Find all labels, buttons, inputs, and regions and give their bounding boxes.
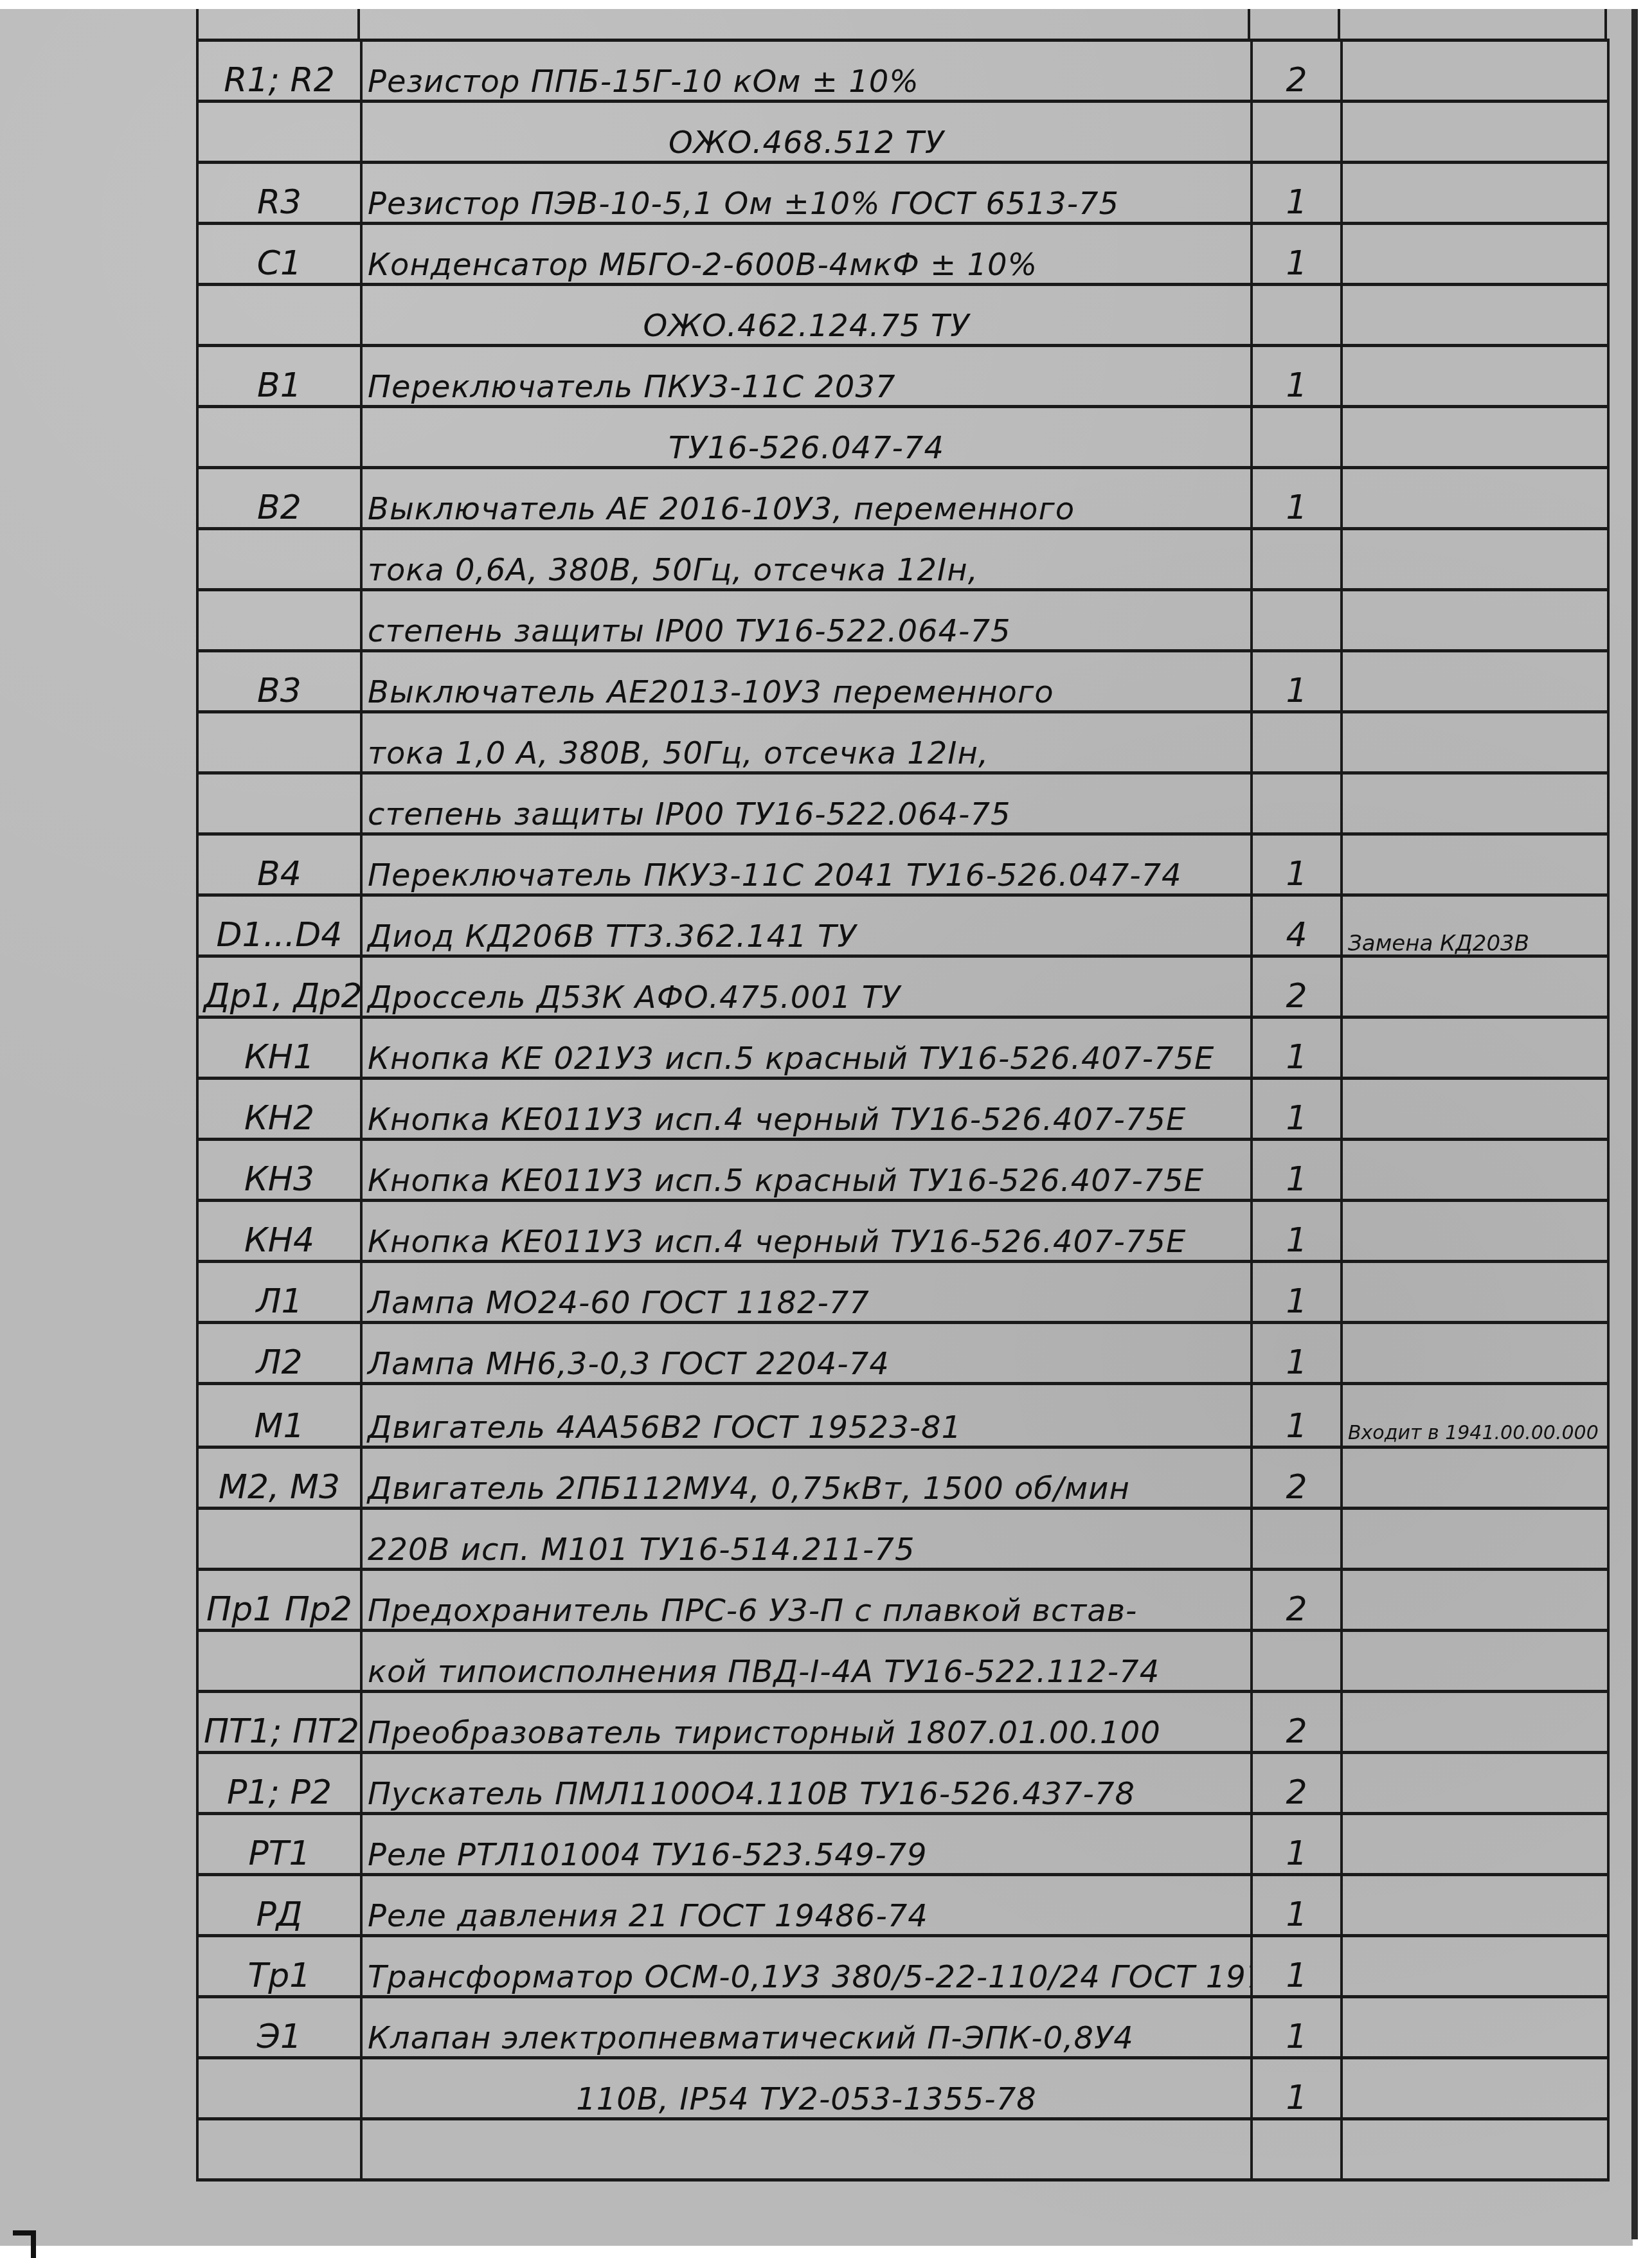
table-row: C1Конденсатор МБГО-2-600В-4мкФ ± 10%1 <box>197 224 1608 285</box>
corner-mark <box>13 2230 36 2258</box>
ref-cell: R1; R2 <box>197 40 361 102</box>
table-row: М1Двигатель 4АА56В2 ГОСТ 19523-811Входит… <box>197 1384 1608 1447</box>
note-cell <box>1342 1140 1608 1201</box>
note-cell <box>1342 102 1608 163</box>
ref-cell: КН3 <box>197 1140 361 1201</box>
note-cell <box>1342 1997 1608 2058</box>
name-cell: Выключатель АЕ2013-10У3 переменного <box>361 651 1252 712</box>
table-row: В3Выключатель АЕ2013-10У3 переменного1 <box>197 651 1608 712</box>
ref-cell <box>197 773 361 834</box>
qty-cell <box>1252 590 1342 651</box>
specification-table: R1; R2Резистор ППБ-15Г-10 кОм ± 10%2ОЖО.… <box>196 39 1610 2182</box>
note-cell <box>1342 834 1608 895</box>
ref-cell: КН4 <box>197 1201 361 1262</box>
qty-cell: 4 <box>1252 895 1342 956</box>
table-row: КН2Кнопка КЕ011У3 исп.4 черный ТУ16-526.… <box>197 1079 1608 1140</box>
column-line <box>1338 9 1340 39</box>
qty-cell: 1 <box>1252 1323 1342 1384</box>
page-edge-shadow <box>1631 9 1638 2239</box>
table-row: 220В исп. М101 ТУ16-514.211-75 <box>197 1509 1608 1570</box>
note-cell <box>1342 1692 1608 1753</box>
note-cell <box>1342 1936 1608 1997</box>
ref-cell: Л1 <box>197 1262 361 1323</box>
column-line <box>357 9 360 39</box>
note-cell <box>1342 1079 1608 1140</box>
ref-cell: Тр1 <box>197 1936 361 1997</box>
note-cell <box>1342 956 1608 1017</box>
note-cell <box>1342 163 1608 224</box>
table-row: тока 1,0 А, 380В, 50Гц, отсечка 12Iн, <box>197 712 1608 773</box>
ref-cell: РТ1 <box>197 1814 361 1875</box>
table-row: Др1, Др2Дроссель Д53К АФО.475.001 ТУ2 <box>197 956 1608 1017</box>
name-cell: Предохранитель ПРС-6 У3-П с плавкой вста… <box>361 1570 1252 1631</box>
name-cell: Конденсатор МБГО-2-600В-4мкФ ± 10% <box>361 224 1252 285</box>
note-cell <box>1342 651 1608 712</box>
ref-cell: В4 <box>197 834 361 895</box>
table-row <box>197 2119 1608 2180</box>
note-cell <box>1342 1753 1608 1814</box>
table-row: Пр1 Пр2Предохранитель ПРС-6 У3-П с плавк… <box>197 1570 1608 1631</box>
qty-cell: 1 <box>1252 1814 1342 1875</box>
note-cell <box>1342 712 1608 773</box>
name-cell: 220В исп. М101 ТУ16-514.211-75 <box>361 1509 1252 1570</box>
name-cell: Кнопка КЕ011У3 исп.4 черный ТУ16-526.407… <box>361 1079 1252 1140</box>
column-line <box>196 9 199 39</box>
table-row: кой типоисполнения ПВД-I-4А ТУ16-522.112… <box>197 1631 1608 1692</box>
note-cell <box>1342 2058 1608 2119</box>
qty-cell: 1 <box>1252 1079 1342 1140</box>
qty-cell: 1 <box>1252 1875 1342 1936</box>
ref-cell <box>197 2119 361 2180</box>
qty-cell <box>1252 529 1342 590</box>
name-cell: 110В, IP54 ТУ2-053-1355-78 <box>361 2058 1252 2119</box>
ref-cell: Л2 <box>197 1323 361 1384</box>
ref-cell: В3 <box>197 651 361 712</box>
ref-cell <box>197 102 361 163</box>
name-cell: Пускатель ПМЛ1100О4.110В ТУ16-526.437-78 <box>361 1753 1252 1814</box>
note-cell <box>1342 1017 1608 1079</box>
ref-cell: М1 <box>197 1384 361 1447</box>
note-cell <box>1342 1631 1608 1692</box>
note-cell: Входит в 1941.00.00.000 <box>1342 1384 1608 1447</box>
qty-cell <box>1252 407 1342 468</box>
table-row: Л1Лампа МО24-60 ГОСТ 1182-771 <box>197 1262 1608 1323</box>
name-cell: Клапан электропневматический П-ЭПК-0,8У4 <box>361 1997 1252 2058</box>
ref-cell: D1...D4 <box>197 895 361 956</box>
name-cell: Переключатель ПКУ3-11С 2037 <box>361 346 1252 407</box>
qty-cell: 1 <box>1252 346 1342 407</box>
table-row: Э1Клапан электропневматический П-ЭПК-0,8… <box>197 1997 1608 2058</box>
table-row: В4Переключатель ПКУ3-11С 2041 ТУ16-526.0… <box>197 834 1608 895</box>
table-row: В2Выключатель АЕ 2016-10У3, переменного1 <box>197 468 1608 529</box>
qty-cell: 1 <box>1252 163 1342 224</box>
qty-cell: 1 <box>1252 1201 1342 1262</box>
table-row: ТУ16-526.047-74 <box>197 407 1608 468</box>
note-cell <box>1342 1447 1608 1509</box>
table-row: ОЖО.468.512 ТУ <box>197 102 1608 163</box>
note-cell <box>1342 529 1608 590</box>
name-cell: Двигатель 4АА56В2 ГОСТ 19523-81 <box>361 1384 1252 1447</box>
ref-cell: РД <box>197 1875 361 1936</box>
ref-cell <box>197 529 361 590</box>
name-cell: кой типоисполнения ПВД-I-4А ТУ16-522.112… <box>361 1631 1252 1692</box>
ref-cell: В1 <box>197 346 361 407</box>
table-row: степень защиты IP00 ТУ16-522.064-75 <box>197 773 1608 834</box>
qty-cell: 1 <box>1252 834 1342 895</box>
note-cell <box>1342 407 1608 468</box>
name-cell: Двигатель 2ПБ112МУ4, 0,75кВт, 1500 об/ми… <box>361 1447 1252 1509</box>
note-cell <box>1342 2119 1608 2180</box>
note-cell <box>1342 590 1608 651</box>
name-cell: ОЖО.462.124.75 ТУ <box>361 285 1252 346</box>
name-cell: Лампа МН6,3-0,3 ГОСТ 2204-74 <box>361 1323 1252 1384</box>
note-cell <box>1342 1814 1608 1875</box>
qty-cell: 1 <box>1252 1997 1342 2058</box>
name-cell: Резистор ПЭВ-10-5,1 Ом ±10% ГОСТ 6513-75 <box>361 163 1252 224</box>
qty-cell <box>1252 285 1342 346</box>
scan-border <box>1638 0 1652 2258</box>
table-row: РДРеле давления 21 ГОСТ 19486-741 <box>197 1875 1608 1936</box>
qty-cell <box>1252 1509 1342 1570</box>
qty-cell <box>1252 712 1342 773</box>
ref-cell <box>197 1509 361 1570</box>
qty-cell: 1 <box>1252 1384 1342 1447</box>
name-cell: ОЖО.468.512 ТУ <box>361 102 1252 163</box>
note-cell <box>1342 224 1608 285</box>
note-cell: Замена КД203В <box>1342 895 1608 956</box>
name-cell: Реле давления 21 ГОСТ 19486-74 <box>361 1875 1252 1936</box>
name-cell: Реле РТЛ101004 ТУ16-523.549-79 <box>361 1814 1252 1875</box>
note-cell <box>1342 1323 1608 1384</box>
ref-cell <box>197 2058 361 2119</box>
table-row: ПТ1; ПТ2Преобразователь тиристорный 1807… <box>197 1692 1608 1753</box>
qty-cell <box>1252 773 1342 834</box>
table-row: тока 0,6А, 380В, 50Гц, отсечка 12Iн, <box>197 529 1608 590</box>
qty-cell: 1 <box>1252 468 1342 529</box>
qty-cell: 2 <box>1252 1447 1342 1509</box>
table-row: КН1Кнопка КЕ 021У3 исп.5 красный ТУ16-52… <box>197 1017 1608 1079</box>
note-cell <box>1342 285 1608 346</box>
specification-body: R1; R2Резистор ППБ-15Г-10 кОм ± 10%2ОЖО.… <box>197 40 1608 2180</box>
table-row: КН3Кнопка КЕ011У3 исп.5 красный ТУ16-526… <box>197 1140 1608 1201</box>
qty-cell: 1 <box>1252 224 1342 285</box>
ref-cell <box>197 712 361 773</box>
note-cell <box>1342 773 1608 834</box>
qty-cell: 2 <box>1252 1692 1342 1753</box>
name-cell: Кнопка КЕ 021У3 исп.5 красный ТУ16-526.4… <box>361 1017 1252 1079</box>
column-line <box>1248 9 1250 39</box>
ref-cell: КН2 <box>197 1079 361 1140</box>
name-cell: Переключатель ПКУ3-11С 2041 ТУ16-526.047… <box>361 834 1252 895</box>
table-row: Тр1Трансформатор ОСМ-0,1У3 380/5-22-110/… <box>197 1936 1608 1997</box>
name-cell: Диод КД206В ТТ3.362.141 ТУ <box>361 895 1252 956</box>
note-cell <box>1342 346 1608 407</box>
qty-cell: 1 <box>1252 1140 1342 1201</box>
table-row: 110В, IP54 ТУ2-053-1355-781 <box>197 2058 1608 2119</box>
table-row: В1Переключатель ПКУ3-11С 20371 <box>197 346 1608 407</box>
qty-cell <box>1252 2119 1342 2180</box>
ref-cell: Др1, Др2 <box>197 956 361 1017</box>
name-cell: Кнопка КЕ011У3 исп.4 черный ТУ16-526.407… <box>361 1201 1252 1262</box>
qty-cell: 1 <box>1252 2058 1342 2119</box>
table-row: ОЖО.462.124.75 ТУ <box>197 285 1608 346</box>
table-row: КН4Кнопка КЕ011У3 исп.4 черный ТУ16-526.… <box>197 1201 1608 1262</box>
ref-cell: ПТ1; ПТ2 <box>197 1692 361 1753</box>
qty-cell: 2 <box>1252 1570 1342 1631</box>
name-cell: Трансформатор ОСМ-0,1У3 380/5-22-110/24 … <box>361 1936 1252 1997</box>
qty-cell: 2 <box>1252 1753 1342 1814</box>
table-row: R1; R2Резистор ППБ-15Г-10 кОм ± 10%2 <box>197 40 1608 102</box>
name-cell: тока 0,6А, 380В, 50Гц, отсечка 12Iн, <box>361 529 1252 590</box>
table-row: степень защиты IP00 ТУ16-522.064-75 <box>197 590 1608 651</box>
qty-cell: 1 <box>1252 1262 1342 1323</box>
name-cell <box>361 2119 1252 2180</box>
table-row: Л2Лампа МН6,3-0,3 ГОСТ 2204-741 <box>197 1323 1608 1384</box>
note-cell <box>1342 1509 1608 1570</box>
column-line <box>1604 9 1607 39</box>
ref-cell: R3 <box>197 163 361 224</box>
ref-cell <box>197 285 361 346</box>
qty-cell: 2 <box>1252 40 1342 102</box>
ref-cell: Э1 <box>197 1997 361 2058</box>
qty-cell <box>1252 102 1342 163</box>
qty-cell: 1 <box>1252 651 1342 712</box>
name-cell: Дроссель Д53К АФО.475.001 ТУ <box>361 956 1252 1017</box>
ref-cell <box>197 1631 361 1692</box>
name-cell: степень защиты IP00 ТУ16-522.064-75 <box>361 590 1252 651</box>
ref-cell: В2 <box>197 468 361 529</box>
name-cell: Лампа МО24-60 ГОСТ 1182-77 <box>361 1262 1252 1323</box>
qty-cell <box>1252 1631 1342 1692</box>
note-cell <box>1342 468 1608 529</box>
ref-cell: М2, М3 <box>197 1447 361 1509</box>
name-cell: тока 1,0 А, 380В, 50Гц, отсечка 12Iн, <box>361 712 1252 773</box>
table-row: М2, М3Двигатель 2ПБ112МУ4, 0,75кВт, 1500… <box>197 1447 1608 1509</box>
name-cell: Кнопка КЕ011У3 исп.5 красный ТУ16-526.40… <box>361 1140 1252 1201</box>
qty-cell: 1 <box>1252 1936 1342 1997</box>
ref-cell <box>197 407 361 468</box>
note-cell <box>1342 1570 1608 1631</box>
note-cell <box>1342 40 1608 102</box>
name-cell: Выключатель АЕ 2016-10У3, переменного <box>361 468 1252 529</box>
ref-cell: Пр1 Пр2 <box>197 1570 361 1631</box>
note-cell <box>1342 1201 1608 1262</box>
ref-cell: C1 <box>197 224 361 285</box>
table-row: РТ1Реле РТЛ101004 ТУ16-523.549-791 <box>197 1814 1608 1875</box>
name-cell: Преобразователь тиристорный 1807.01.00.1… <box>361 1692 1252 1753</box>
table-row: Р1; Р2Пускатель ПМЛ1100О4.110В ТУ16-526.… <box>197 1753 1608 1814</box>
note-cell <box>1342 1875 1608 1936</box>
table-row: D1...D4Диод КД206В ТТ3.362.141 ТУ4Замена… <box>197 895 1608 956</box>
ref-cell: Р1; Р2 <box>197 1753 361 1814</box>
name-cell: степень защиты IP00 ТУ16-522.064-75 <box>361 773 1252 834</box>
ref-cell <box>197 590 361 651</box>
table-row: R3Резистор ПЭВ-10-5,1 Ом ±10% ГОСТ 6513-… <box>197 163 1608 224</box>
name-cell: Резистор ППБ-15Г-10 кОм ± 10% <box>361 40 1252 102</box>
ref-cell: КН1 <box>197 1017 361 1079</box>
name-cell: ТУ16-526.047-74 <box>361 407 1252 468</box>
qty-cell: 1 <box>1252 1017 1342 1079</box>
qty-cell: 2 <box>1252 956 1342 1017</box>
note-cell <box>1342 1262 1608 1323</box>
